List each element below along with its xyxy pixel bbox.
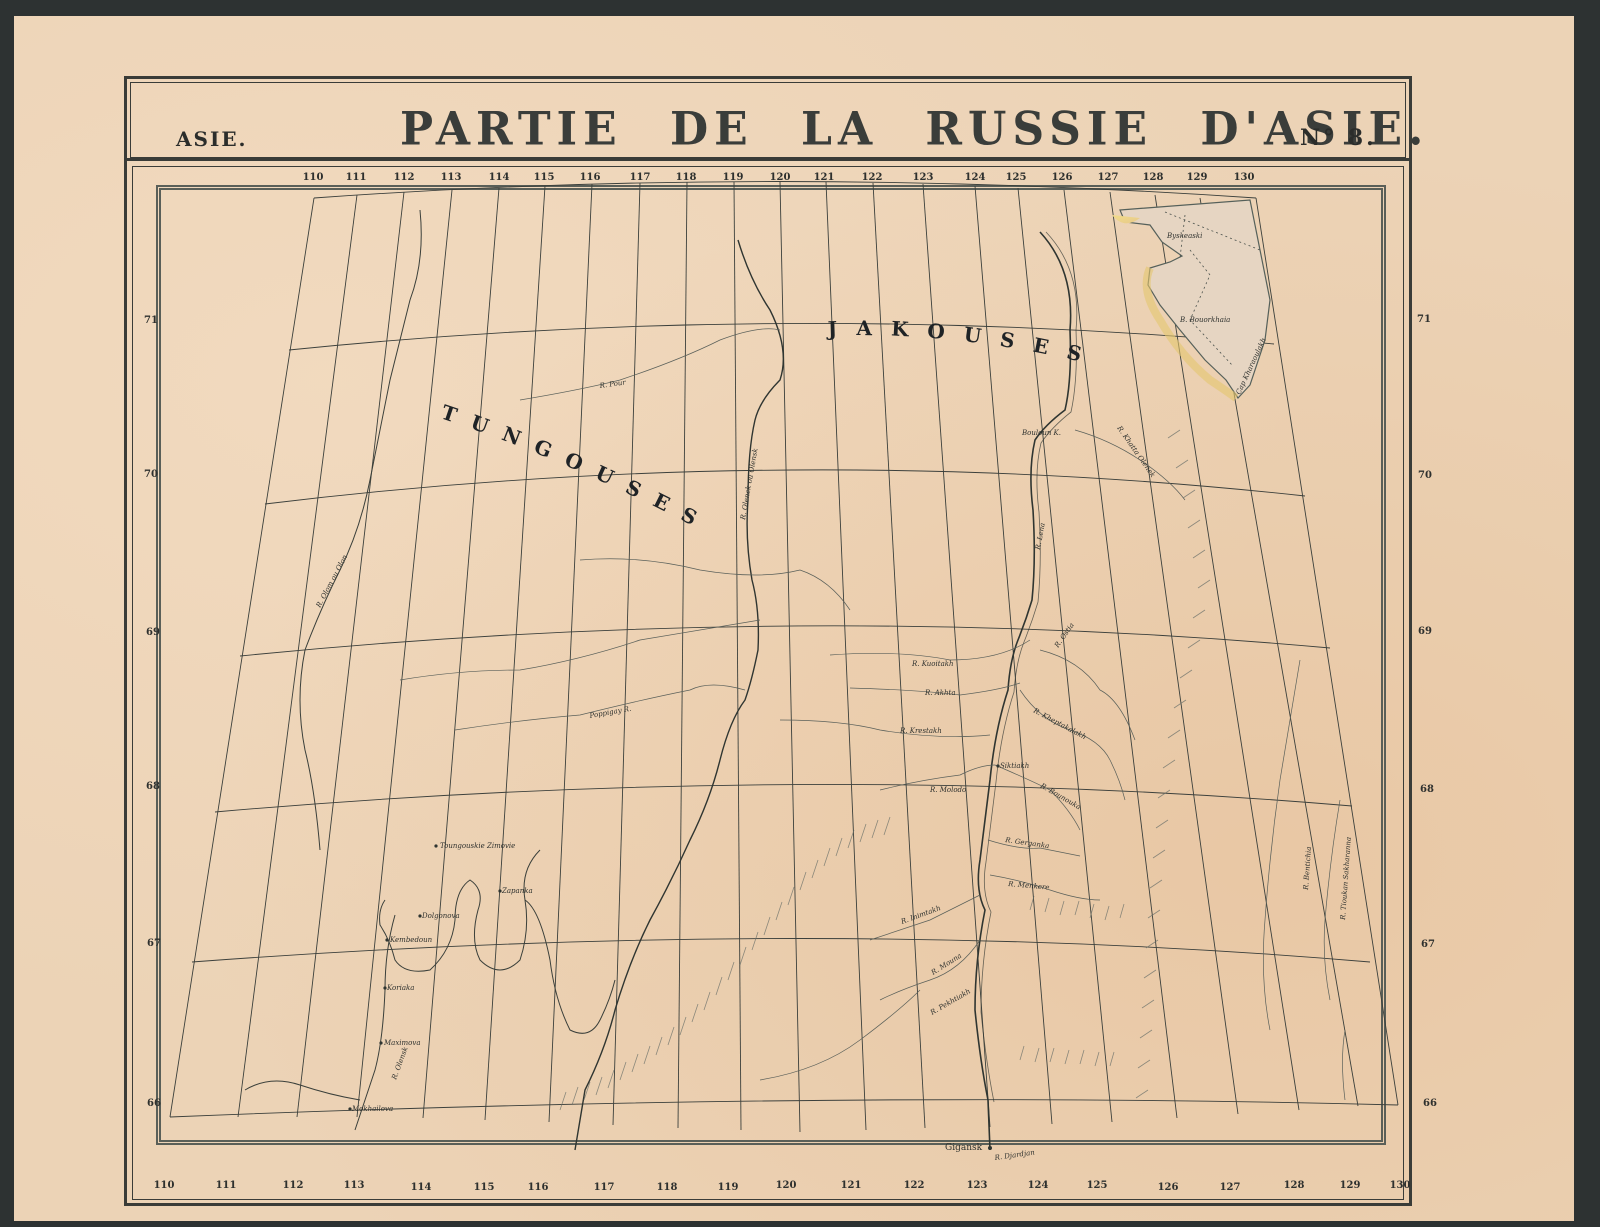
river-label-krestakh: R. Krestakh [899, 727, 942, 735]
river-label-menkere: R. Menkere [1007, 880, 1050, 892]
place-label-maximova: Maximova [383, 1039, 421, 1047]
settlement-markers [348, 764, 999, 1150]
place-label-bouorkhaia: B. Bouorkhaia [1179, 316, 1230, 324]
river-label-akhta: R. Akhta [924, 689, 956, 697]
region-name-jakouses: JAKOUSES [825, 316, 1102, 371]
place-label-koriaka: Koriaka [386, 984, 414, 992]
river-label-kheptakalakh: R. Kheptakalakh [1031, 706, 1087, 741]
place-label-dolgonova: Dolgonova [421, 912, 460, 920]
river-label-kuoitakh: R. Kuoitakh [911, 660, 954, 668]
river-label-pekhtiakh: R. Pekhtiakh [928, 987, 972, 1017]
river-label-djardjan: R. Djardjan [993, 1148, 1036, 1162]
river-label-pour: R. Pour [598, 378, 627, 390]
river-label-lena: R. Lena [1034, 522, 1047, 551]
place-label-bouloun: Bouloun K. [1021, 429, 1061, 437]
place-label-zapanka: Zapanka [501, 887, 533, 895]
river-label-molodo: R. Molodo [929, 786, 966, 794]
river-label-olom: R. Olom ou Olon [314, 553, 349, 610]
river-label-tioukan: R. Tioukan Sakharanna [1339, 837, 1353, 921]
river-label-poppigay: Poppigay R. [588, 705, 632, 720]
place-label-gigansk: Gigansk [945, 1143, 983, 1153]
place-label-siktiakh: Siktiakh [1000, 762, 1029, 770]
river-label-khatta-olenek: R. Khatta Olenek [1115, 424, 1157, 479]
river-label-olenek: R. Olenek ou Olensk [739, 448, 760, 522]
river-label-bentichia: R. Bentichia [1302, 846, 1313, 891]
mountain-hachures [560, 430, 1210, 1110]
river-label-olensk: R. Olensk [390, 1046, 410, 1082]
river-label-bounouka: R. Bounouka [1038, 781, 1082, 811]
river-olom [300, 210, 421, 850]
place-label-kembedoun: Kembedoun [389, 936, 433, 944]
region-jakouses: JAKOUSES [825, 316, 1102, 371]
place-label-toungouskie: Toungouskie Zimovie [440, 842, 515, 850]
map-body: TUNGOUSES JAKOUSES R. Lena R. Olenek ou … [0, 0, 1600, 1227]
place-label-byskeaski: Byskeaski [1166, 232, 1202, 240]
place-label-mokhailova: Mokhailova [351, 1105, 393, 1113]
